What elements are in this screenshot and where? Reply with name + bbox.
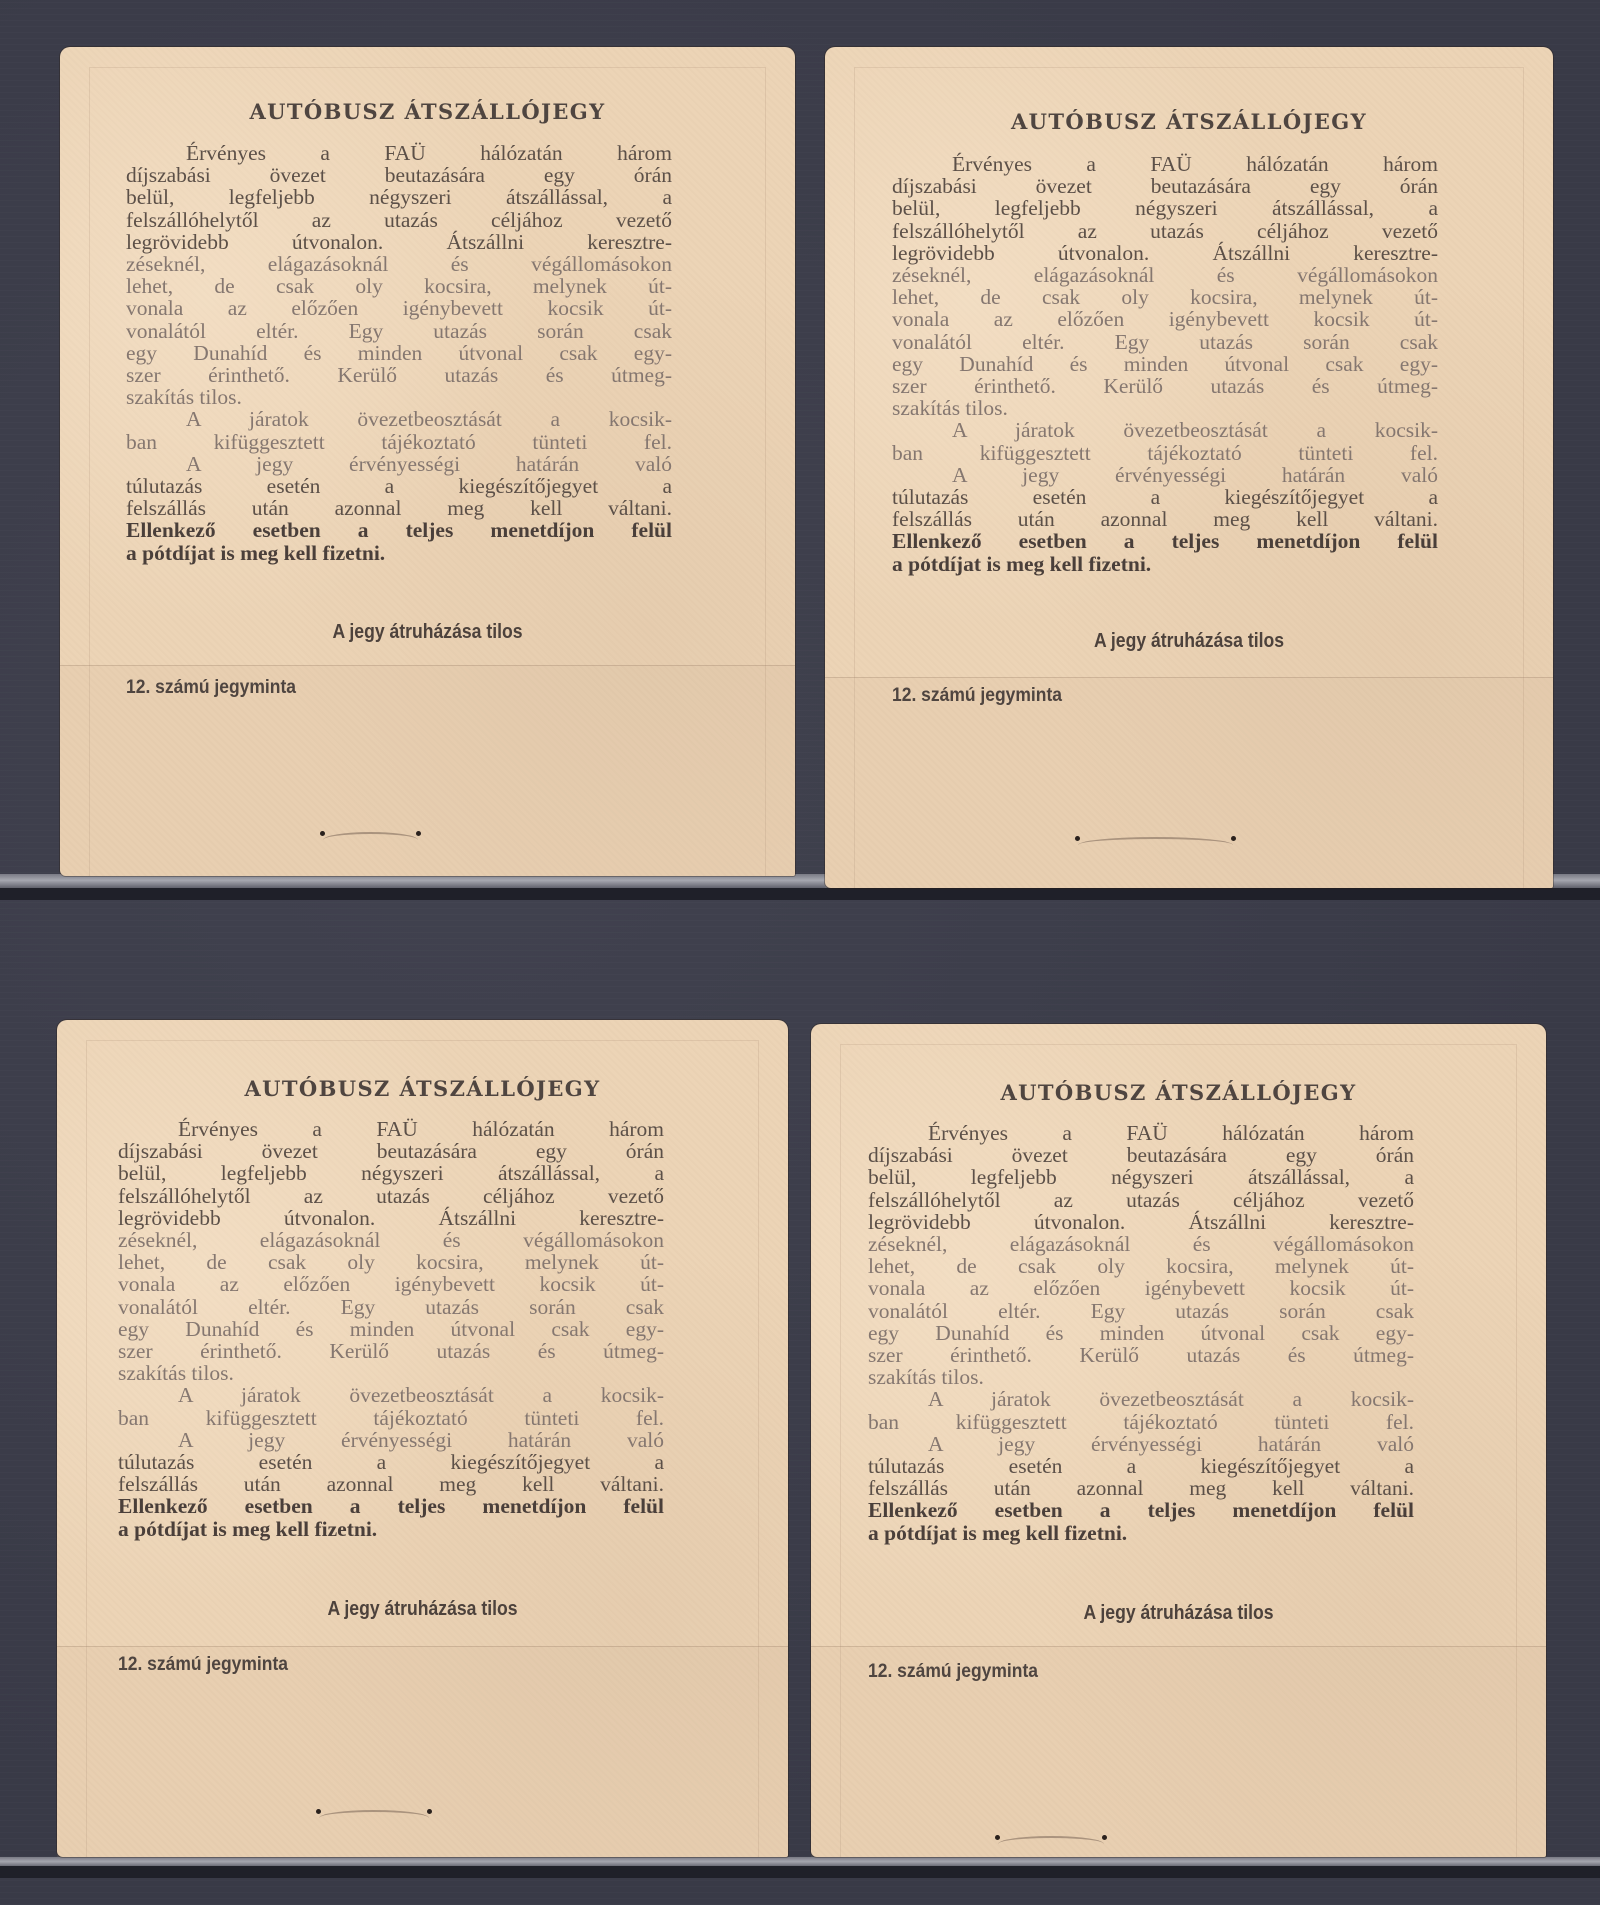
form-number: 12. számú jegyminta xyxy=(118,1654,288,1676)
album-strip-band-top xyxy=(0,888,1600,900)
ticket-conditions-text: Érvényes a FAÜ hálózatán három díjszabás… xyxy=(868,1122,1414,1544)
form-number: 12. számú jegyminta xyxy=(868,1661,1038,1683)
ticket-top-left: AUTÓBUSZ ÁTSZÁLLÓJEGY Érvényes a FAÜ hál… xyxy=(60,47,795,876)
ticket-conditions-text: Érvényes a FAÜ hálózatán három díjszabás… xyxy=(118,1118,664,1540)
ticket-top-right: AUTÓBUSZ ÁTSZÁLLÓJEGY Érvényes a FAÜ hál… xyxy=(825,47,1553,888)
no-transfer-notice: A jegy átruházása tilos xyxy=(869,630,1510,653)
album-strip-band-bottom xyxy=(0,1866,1600,1878)
ticket-stub-area xyxy=(825,677,1553,888)
ticket-title: AUTÓBUSZ ÁTSZÁLLÓJEGY xyxy=(825,109,1553,134)
ticket-conditions-text: Érvényes a FAÜ hálózatán három díjszabás… xyxy=(892,153,1438,575)
no-transfer-notice: A jegy átruházása tilos xyxy=(104,621,751,644)
ticket-bottom-right: AUTÓBUSZ ÁTSZÁLLÓJEGY Érvényes a FAÜ hál… xyxy=(811,1024,1546,1857)
ticket-title: AUTÓBUSZ ÁTSZÁLLÓJEGY xyxy=(57,1076,788,1101)
ticket-stub-area xyxy=(57,1646,788,1857)
ticket-title: AUTÓBUSZ ÁTSZÁLLÓJEGY xyxy=(60,99,795,124)
form-number: 12. számú jegyminta xyxy=(126,677,296,699)
ticket-bottom-left: AUTÓBUSZ ÁTSZÁLLÓJEGY Érvényes a FAÜ hál… xyxy=(57,1020,788,1857)
ticket-title: AUTÓBUSZ ÁTSZÁLLÓJEGY xyxy=(811,1080,1546,1105)
no-transfer-notice: A jegy átruházása tilos xyxy=(855,1602,1502,1625)
ticket-conditions-text: Érvényes a FAÜ hálózatán három díjszabás… xyxy=(126,142,672,564)
no-transfer-notice: A jegy átruházása tilos xyxy=(101,1598,744,1621)
form-number: 12. számú jegyminta xyxy=(892,685,1062,707)
